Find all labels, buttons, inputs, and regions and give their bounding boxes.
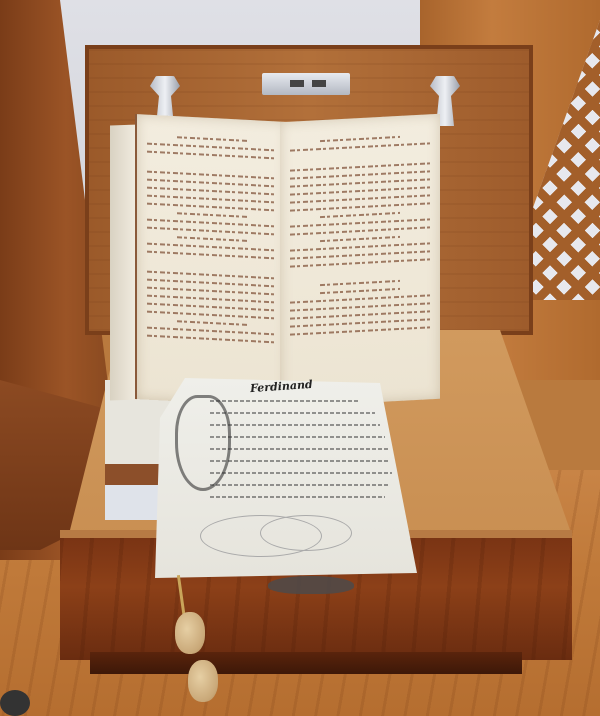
wax-seal-icon xyxy=(175,612,205,654)
ledger-right-page xyxy=(280,114,440,407)
ledger-left-page xyxy=(135,114,287,407)
lock-plate xyxy=(262,73,350,95)
signature-oval xyxy=(260,515,352,551)
wax-seal-icon xyxy=(188,660,218,702)
lock-slot xyxy=(312,80,326,87)
keyhole-escutcheon xyxy=(268,576,354,594)
chest-plinth xyxy=(90,652,522,674)
open-ledger xyxy=(130,118,450,408)
camera-object xyxy=(0,690,30,716)
lock-slot xyxy=(290,80,304,87)
calligraphic-initial-icon xyxy=(175,395,231,491)
